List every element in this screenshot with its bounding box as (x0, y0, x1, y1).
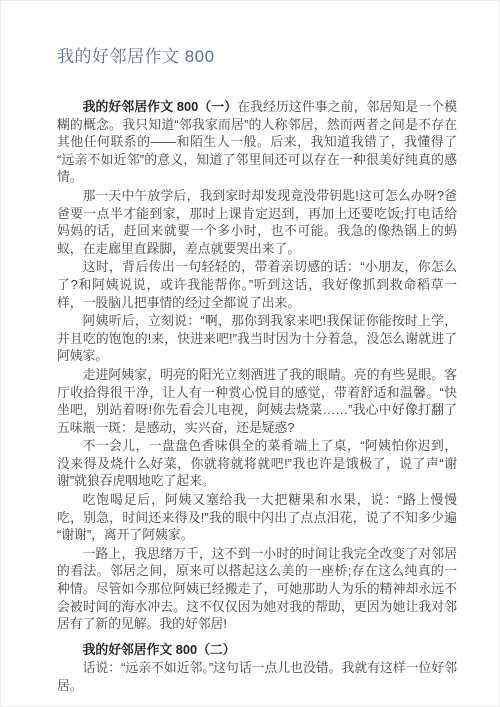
paragraph: 我的好邻居作文 800（一）在我经历这件事之前，邻居知是一个模糊的概念。我只知道… (57, 98, 457, 186)
paragraph: 吃饱喝足后，阿姨又塞给我一大把糖果和水果，说：“路上慢慢吃，别急，时间还来得及!… (57, 491, 457, 544)
paragraph: 这时，背后传出一句轻轻的，带着亲切感的话：“小朋友，你怎么了?和阿姨说说，或许我… (57, 258, 457, 311)
page-title: 我的好邻居作文 800 (57, 46, 455, 68)
paragraph: 不一会儿，一盘盘色香味俱全的菜肴端上了桌，“阿姨怕你迟到，没来得及烧什么好菜，你… (57, 437, 457, 490)
paragraph: 走进阿姨家，明亮的阳光立刻洒进了我的眼睛。亮的有些晃眼。客厅收拾得很干净，让人有… (57, 366, 457, 436)
section-heading: 我的好邻居作文 800（二） (57, 641, 457, 659)
paragraph: 那一天中午放学后，我到家时却发现竟没带钥匙!这可怎么办呀?爸爸要一点半才能到家，… (57, 187, 457, 257)
paragraph: 一路上，我思绪万千，这不到一小时的时间让我完全改变了对邻居的看法。邻居之间，原来… (57, 545, 457, 633)
paragraph: 话说：“远亲不如近邻。”这句话一点儿也没错。我就有这样一位好邻居。 (57, 659, 457, 694)
document-page: 我的好邻居作文 800 我的好邻居作文 800（一）在我经历这件事之前，邻居知是… (0, 0, 500, 707)
article-body: 我的好邻居作文 800（一）在我经历这件事之前，邻居知是一个模糊的概念。我只知道… (57, 98, 457, 695)
paragraph: 阿姨听后，立刻说：“啊，那你到我家来吧!我保证你能按时上学，并且吃的饱饱的!来，… (57, 312, 457, 365)
paragraph-lead: 我的好邻居作文 800（一） (83, 99, 238, 114)
